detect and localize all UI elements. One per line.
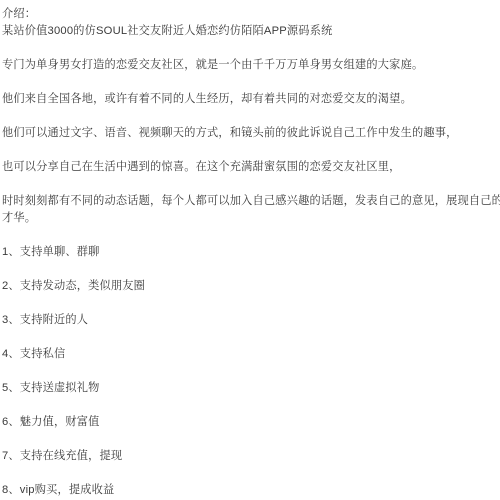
text-line: 2、支持发动态，类似朋友圈 [2,278,500,295]
text-content: 介绍：某站价值3000的仿SOUL社交友附近人婚恋约仿陌陌APP源码系统 专门为… [2,6,500,499]
text-line: 才华。 [2,210,500,227]
blank-line [2,465,500,482]
blank-line [2,363,500,380]
blank-line [2,40,500,57]
text-line: 5、支持送虚拟礼物 [2,380,500,397]
text-line: 也可以分享自己在生活中遇到的惊喜。在这个充满甜蜜氛围的恋爱交友社区里， [2,159,500,176]
blank-line [2,108,500,125]
text-line: 他们来自全国各地，或许有着不同的人生经历，却有着共同的对恋爱交友的渴望。 [2,91,500,108]
text-line: 他们可以通过文字、语音、视频聊天的方式，和镜头前的彼此诉说自己工作中发生的趣事， [2,125,500,142]
blank-line [2,329,500,346]
blank-line [2,261,500,278]
text-line: 某站价值3000的仿SOUL社交友附近人婚恋约仿陌陌APP源码系统 [2,23,500,40]
blank-line [2,74,500,91]
blank-line [2,295,500,312]
text-line: 8、vip购买，提成收益 [2,482,500,499]
text-line: 时时刻刻都有不同的动态话题，每个人都可以加入自己感兴趣的话题，发表自己的意见，展… [2,193,500,210]
blank-line [2,397,500,414]
text-line: 7、支持在线充值，提现 [2,448,500,465]
text-line: 介绍： [2,6,500,23]
blank-line [2,142,500,159]
text-line: 3、支持附近的人 [2,312,500,329]
blank-line [2,227,500,244]
blank-line [2,431,500,448]
text-line: 6、魅力值，财富值 [2,414,500,431]
blank-line [2,176,500,193]
text-line: 1、支持单聊、群聊 [2,244,500,261]
text-line: 专门为单身男女打造的恋爱交友社区，就是一个由千千万万单身男女组建的大家庭。 [2,57,500,74]
text-line: 4、支持私信 [2,346,500,363]
document-page: 介绍：某站价值3000的仿SOUL社交友附近人婚恋约仿陌陌APP源码系统 专门为… [0,0,500,500]
